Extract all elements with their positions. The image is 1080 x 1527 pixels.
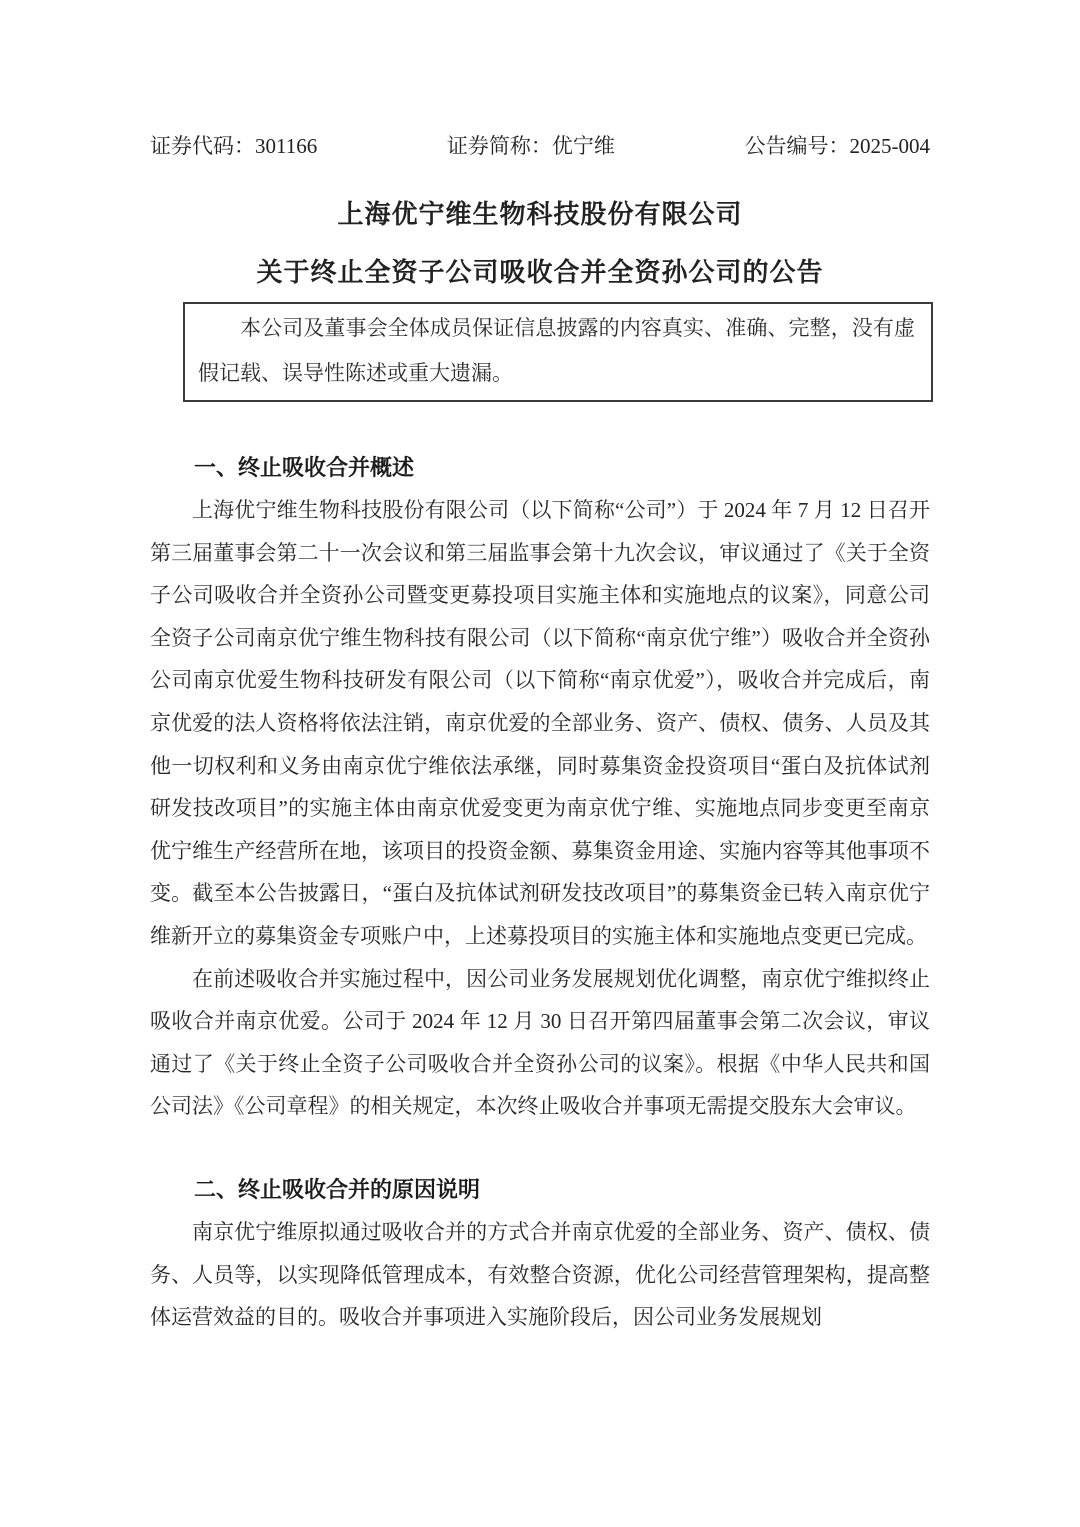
- announcement-title: 关于终止全资子公司吸收合并全资孙公司的公告: [150, 255, 930, 289]
- stock-code: 证券代码：301166: [150, 133, 317, 159]
- announcement-number: 公告编号：2025-004: [744, 133, 930, 159]
- company-name-title: 上海优宁维生物科技股份有限公司: [150, 197, 930, 231]
- section-2-paragraph-1: 南京优宁维原拟通过吸收合并的方式合并南京优爱的全部业务、资产、债权、债务、人员等…: [150, 1211, 930, 1339]
- section-1-paragraph-2: 在前述吸收合并实施过程中，因公司业务发展规划优化调整，南京优宁维拟终止吸收合并南…: [150, 958, 930, 1128]
- disclaimer-box: 本公司及董事会全体成员保证信息披露的内容真实、准确、完整，没有虚假记载、误导性陈…: [183, 302, 933, 402]
- disclaimer-text: 本公司及董事会全体成员保证信息披露的内容真实、准确、完整，没有虚假记载、误导性陈…: [198, 306, 915, 396]
- announcement-document-page: 证券代码：301166 证券简称：优宁维 公告编号：2025-004 上海优宁维…: [0, 0, 1080, 1527]
- stock-short-name: 证券简称：优宁维: [447, 133, 615, 159]
- section-2-heading: 二、终止吸收合并的原因说明: [150, 1168, 930, 1211]
- section-1-paragraph-1: 上海优宁维生物科技股份有限公司（以下简称“公司”）于 2024 年 7 月 12…: [150, 489, 930, 958]
- section-1-heading: 一、终止吸收合并概述: [150, 446, 930, 489]
- doc-header: 证券代码：301166 证券简称：优宁维 公告编号：2025-004: [150, 133, 930, 159]
